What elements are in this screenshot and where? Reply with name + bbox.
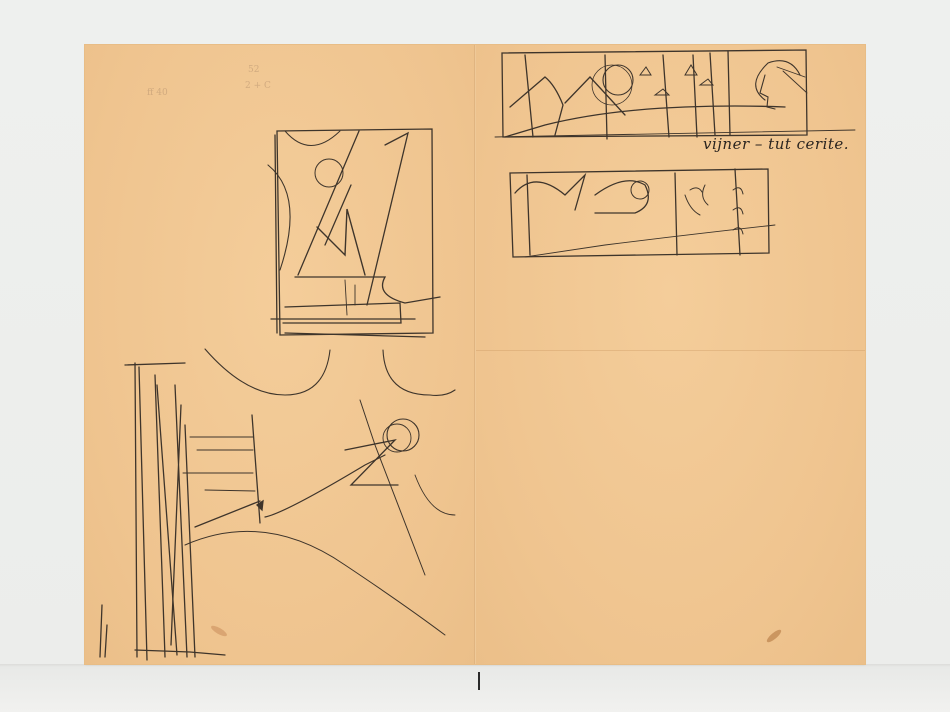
display-ledge [0, 664, 950, 712]
scale-marker [478, 672, 480, 690]
folded-paper-sheet: ff 40 52 2 + C vijner – tut cerite. [85, 45, 865, 664]
ink-drawings [85, 45, 865, 664]
frieze-upper [495, 50, 855, 139]
sketch-lower-left [100, 349, 455, 660]
sketch-upper-left [268, 129, 440, 337]
frieze-lower [510, 169, 775, 257]
